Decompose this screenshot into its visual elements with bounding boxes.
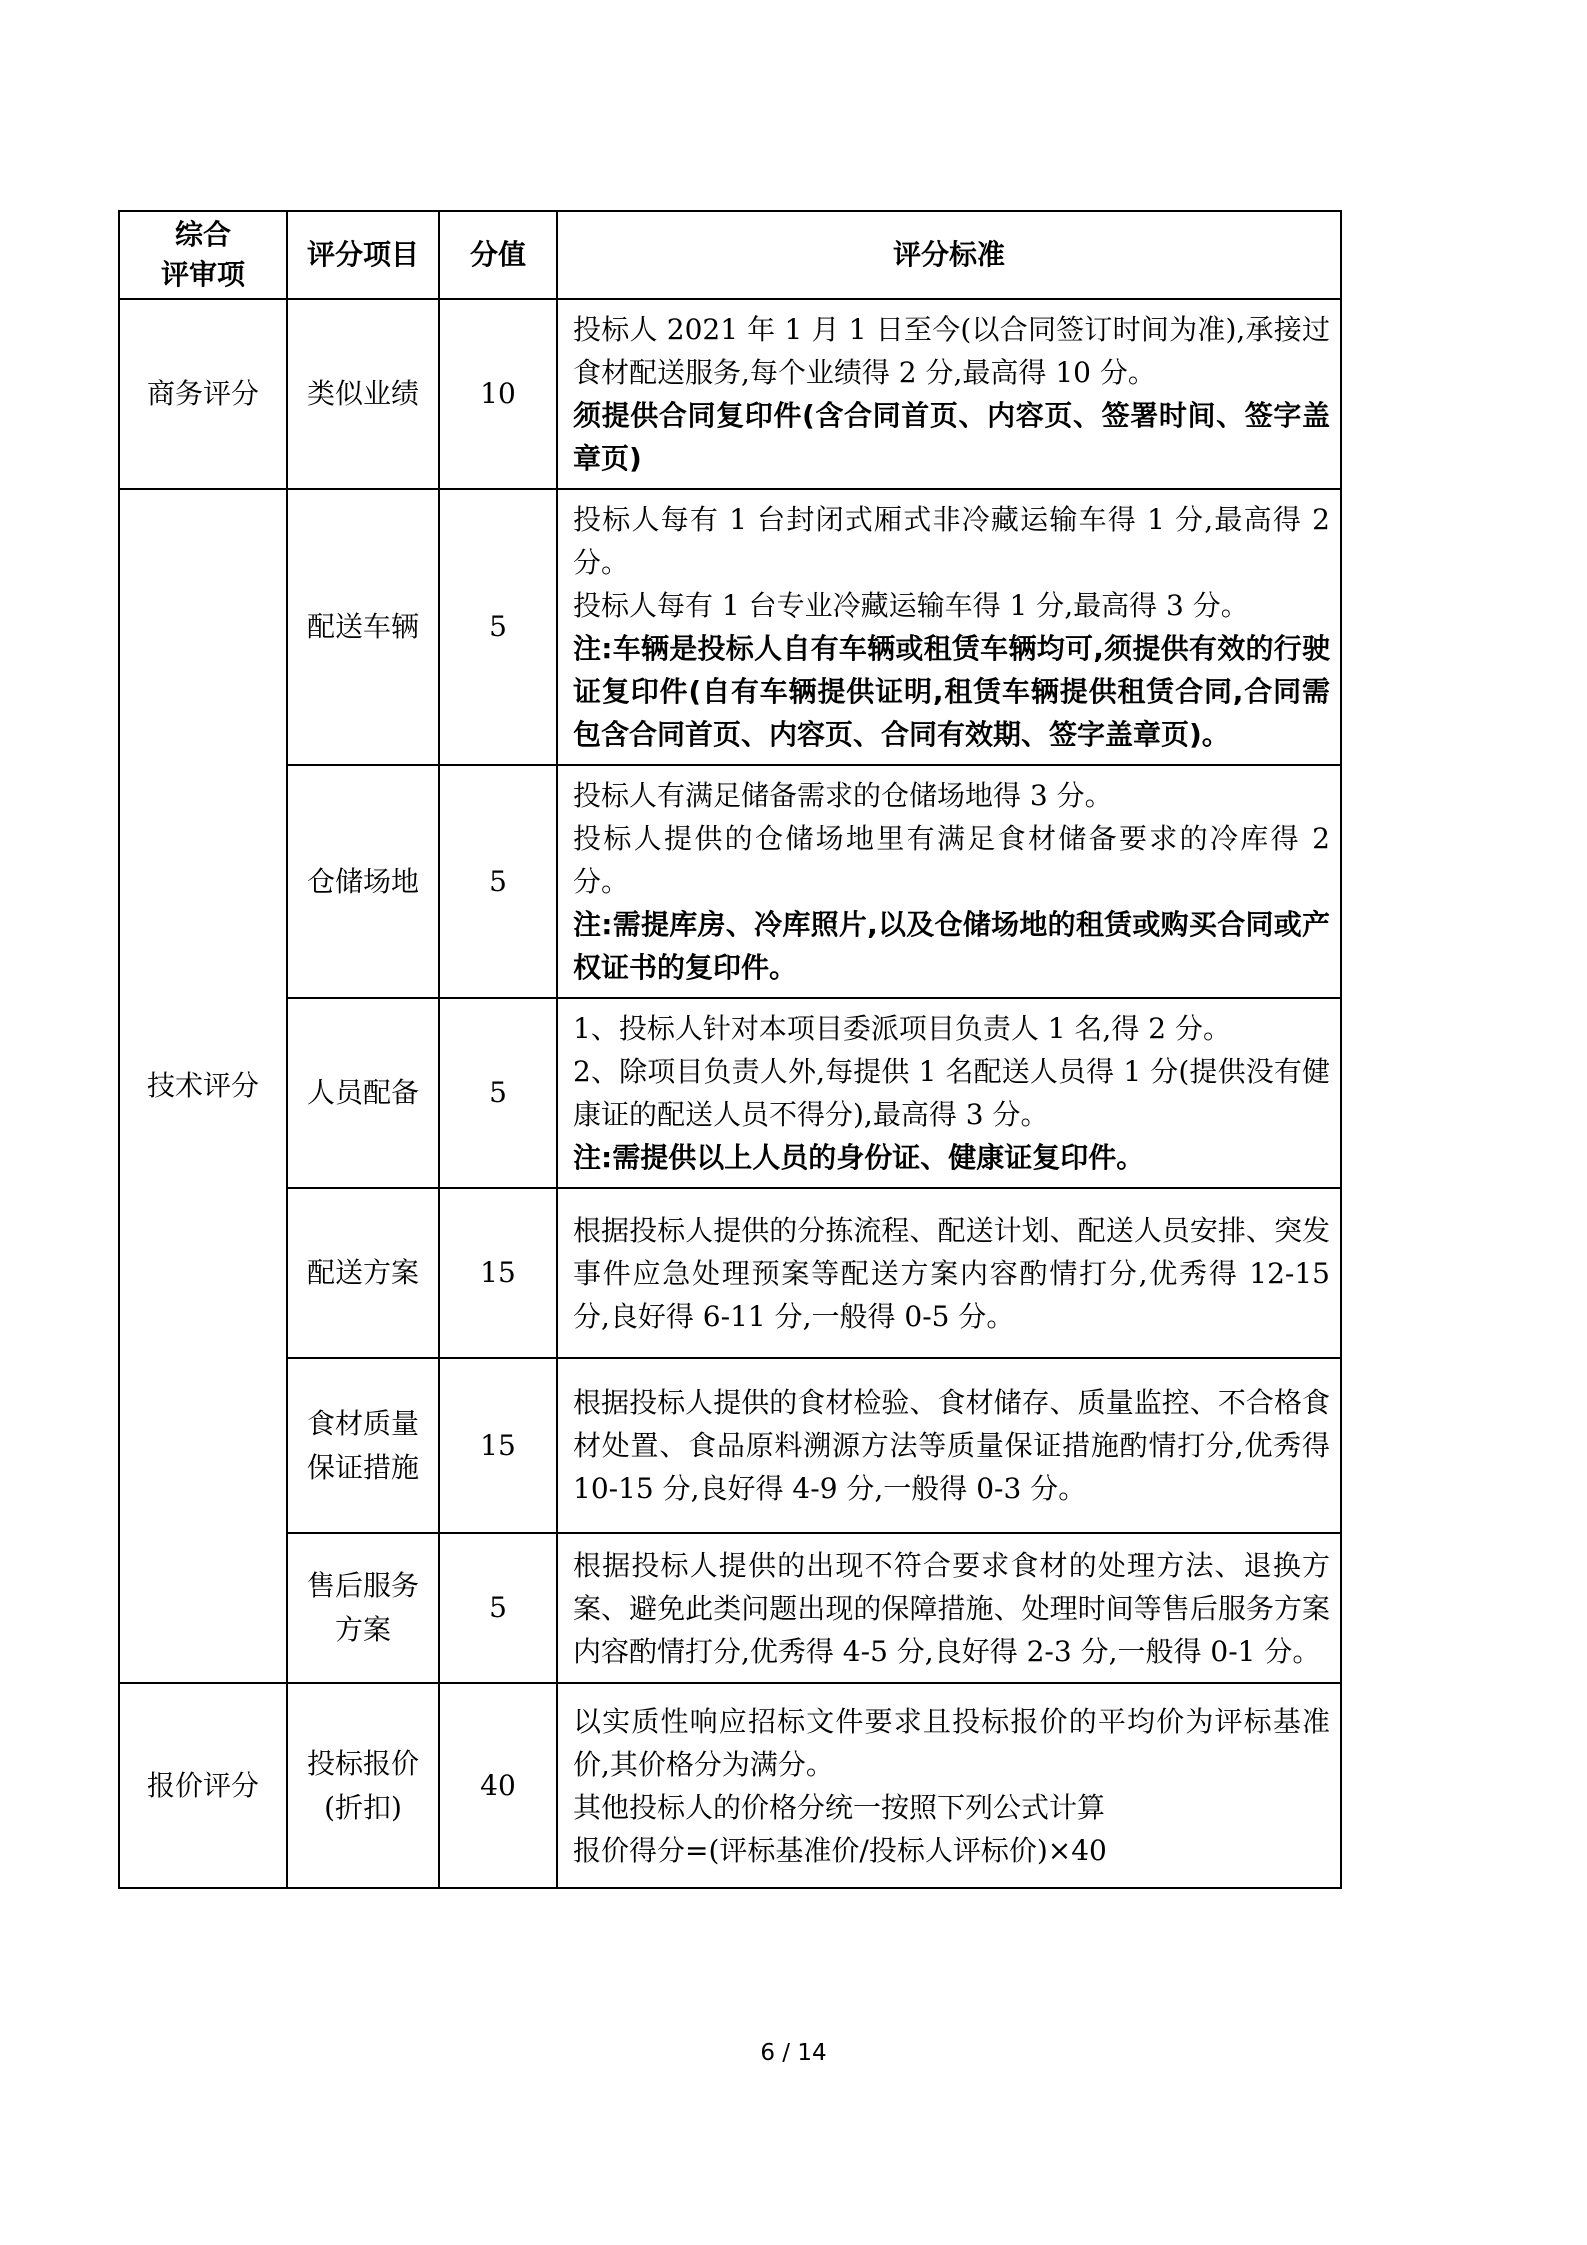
table-row: 配送方案 15 根据投标人提供的分拣流程、配送计划、配送人员安排、突发事件应急处… — [119, 1188, 1341, 1358]
criteria-paragraph: 投标人每有 1 台封闭式厢式非冷藏运输车得 1 分,最高得 2 分。 — [573, 498, 1330, 584]
item-cell-delivery-vehicles: 配送车辆 — [287, 489, 439, 765]
group-cell-business: 商务评分 — [119, 299, 287, 489]
criteria-paragraph: 投标人每有 1 台专业冷藏运输车得 1 分,最高得 3 分。 — [573, 584, 1330, 627]
table-row: 技术评分 配送车辆 5 投标人每有 1 台封闭式厢式非冷藏运输车得 1 分,最高… — [119, 489, 1341, 765]
item-cell-food-quality: 食材质量 保证措施 — [287, 1358, 439, 1533]
item-label-line1: 售后服务 — [289, 1564, 437, 1608]
criteria-note: 须提供合同复印件(含合同首页、内容页、签署时间、签字盖章页) — [573, 394, 1330, 480]
item-label: 人员配备 — [289, 1071, 437, 1115]
document-page-content: 综合 评审项 评分项目 分值 评分标准 商务评分 类似业绩 10 投标人 202… — [118, 210, 1342, 1889]
header-cell-score: 分值 — [439, 211, 557, 299]
score-cell-delivery-plan: 15 — [439, 1188, 557, 1358]
header-category-line1: 综合 — [121, 215, 285, 255]
item-label: 配送方案 — [289, 1251, 437, 1295]
header-cell-item: 评分项目 — [287, 211, 439, 299]
item-label-line2: 方案 — [289, 1608, 437, 1652]
criteria-cell-warehouse: 投标人有满足储备需求的仓储场地得 3 分。 投标人提供的仓储场地里有满足食材储备… — [557, 765, 1341, 998]
criteria-cell-personnel: 1、投标人针对本项目委派项目负责人 1 名,得 2 分。 2、除项目负责人外,每… — [557, 998, 1341, 1188]
score-cell-food-quality: 15 — [439, 1358, 557, 1533]
criteria-cell-delivery-vehicles: 投标人每有 1 台封闭式厢式非冷藏运输车得 1 分,最高得 2 分。 投标人每有… — [557, 489, 1341, 765]
header-cell-category: 综合 评审项 — [119, 211, 287, 299]
criteria-paragraph: 根据投标人提供的出现不符合要求食材的处理方法、退换方案、避免此类问题出现的保障措… — [573, 1544, 1330, 1673]
criteria-paragraph: 其他投标人的价格分统一按照下列公式计算 — [573, 1786, 1330, 1829]
page-number: 6 / 14 — [0, 2040, 1587, 2066]
criteria-paragraph: 投标人 2021 年 1 月 1 日至今(以合同签订时间为准),承接过食材配送服… — [573, 308, 1330, 394]
criteria-paragraph: 1、投标人针对本项目委派项目负责人 1 名,得 2 分。 — [573, 1007, 1330, 1050]
score-cell-bid-price: 40 — [439, 1683, 557, 1888]
evaluation-criteria-table: 综合 评审项 评分项目 分值 评分标准 商务评分 类似业绩 10 投标人 202… — [118, 210, 1342, 1889]
group-cell-technical: 技术评分 — [119, 489, 287, 1683]
table-row: 报价评分 投标报价 (折扣) 40 以实质性响应招标文件要求且投标报价的平均价为… — [119, 1683, 1341, 1888]
table-row: 售后服务 方案 5 根据投标人提供的出现不符合要求食材的处理方法、退换方案、避免… — [119, 1533, 1341, 1683]
item-label: 配送车辆 — [289, 605, 437, 649]
criteria-cell-similar-performance: 投标人 2021 年 1 月 1 日至今(以合同签订时间为准),承接过食材配送服… — [557, 299, 1341, 489]
criteria-cell-delivery-plan: 根据投标人提供的分拣流程、配送计划、配送人员安排、突发事件应急处理预案等配送方案… — [557, 1188, 1341, 1358]
item-cell-delivery-plan: 配送方案 — [287, 1188, 439, 1358]
criteria-note: 注:需提供以上人员的身份证、健康证复印件。 — [573, 1136, 1330, 1179]
score-cell-similar-performance: 10 — [439, 299, 557, 489]
criteria-paragraph: 根据投标人提供的食材检验、食材储存、质量监控、不合格食材处置、食品原料溯源方法等… — [573, 1381, 1330, 1510]
criteria-paragraph: 2、除项目负责人外,每提供 1 名配送人员得 1 分(提供没有健康证的配送人员不… — [573, 1050, 1330, 1136]
criteria-cell-after-sales: 根据投标人提供的出现不符合要求食材的处理方法、退换方案、避免此类问题出现的保障措… — [557, 1533, 1341, 1683]
criteria-note: 注:车辆是投标人自有车辆或租赁车辆均可,须提供有效的行驶证复印件(自有车辆提供证… — [573, 627, 1330, 756]
item-label: 仓储场地 — [289, 860, 437, 904]
table-row: 人员配备 5 1、投标人针对本项目委派项目负责人 1 名,得 2 分。 2、除项… — [119, 998, 1341, 1188]
criteria-cell-bid-price: 以实质性响应招标文件要求且投标报价的平均价为评标基准价,其价格分为满分。 其他投… — [557, 1683, 1341, 1888]
table-row: 商务评分 类似业绩 10 投标人 2021 年 1 月 1 日至今(以合同签订时… — [119, 299, 1341, 489]
item-cell-after-sales: 售后服务 方案 — [287, 1533, 439, 1683]
table-row: 食材质量 保证措施 15 根据投标人提供的食材检验、食材储存、质量监控、不合格食… — [119, 1358, 1341, 1533]
criteria-paragraph: 投标人有满足储备需求的仓储场地得 3 分。 — [573, 774, 1330, 817]
item-cell-similar-performance: 类似业绩 — [287, 299, 439, 489]
item-label-line1: 投标报价 — [289, 1742, 437, 1786]
criteria-note: 注:需提库房、冷库照片,以及仓储场地的租赁或购买合同或产权证书的复印件。 — [573, 903, 1330, 989]
header-cell-criteria: 评分标准 — [557, 211, 1341, 299]
header-category-line2: 评审项 — [121, 255, 285, 295]
score-cell-personnel: 5 — [439, 998, 557, 1188]
table-row: 仓储场地 5 投标人有满足储备需求的仓储场地得 3 分。 投标人提供的仓储场地里… — [119, 765, 1341, 998]
item-label: 类似业绩 — [289, 372, 437, 416]
item-cell-personnel: 人员配备 — [287, 998, 439, 1188]
group-cell-price: 报价评分 — [119, 1683, 287, 1888]
item-cell-bid-price: 投标报价 (折扣) — [287, 1683, 439, 1888]
criteria-cell-food-quality: 根据投标人提供的食材检验、食材储存、质量监控、不合格食材处置、食品原料溯源方法等… — [557, 1358, 1341, 1533]
score-cell-after-sales: 5 — [439, 1533, 557, 1683]
criteria-paragraph: 投标人提供的仓储场地里有满足食材储备要求的冷库得 2 分。 — [573, 817, 1330, 903]
item-label-line2: 保证措施 — [289, 1446, 437, 1490]
score-cell-warehouse: 5 — [439, 765, 557, 998]
item-cell-warehouse: 仓储场地 — [287, 765, 439, 998]
criteria-paragraph: 以实质性响应招标文件要求且投标报价的平均价为评标基准价,其价格分为满分。 — [573, 1700, 1330, 1786]
item-label-line2: (折扣) — [289, 1786, 437, 1830]
item-label-line1: 食材质量 — [289, 1402, 437, 1446]
score-cell-delivery-vehicles: 5 — [439, 489, 557, 765]
table-header-row: 综合 评审项 评分项目 分值 评分标准 — [119, 211, 1341, 299]
criteria-paragraph: 根据投标人提供的分拣流程、配送计划、配送人员安排、突发事件应急处理预案等配送方案… — [573, 1209, 1330, 1338]
criteria-formula: 报价得分=(评标基准价/投标人评标价)×40 — [573, 1829, 1330, 1872]
